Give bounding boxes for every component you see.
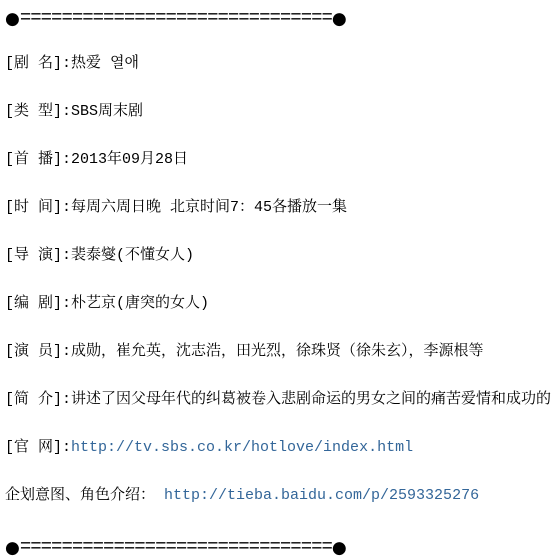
cast-line: [演 员]:成勋，崔允英，沈志浩，田光烈，徐珠贤（徐朱玄），李源根等 xyxy=(5,344,551,359)
top-divider: ●==============================● xyxy=(5,8,551,28)
divider-line: ============================== xyxy=(20,536,332,556)
bullet-icon: ● xyxy=(332,538,347,556)
intro-link-line: 企划意图、角色介绍： http://tieba.baidu.com/p/2593… xyxy=(5,488,551,503)
divider-line: ============================== xyxy=(20,7,332,29)
director-line: [导 演]:裴泰燮(不懂女人) xyxy=(5,248,551,263)
bottom-divider: ●==============================● xyxy=(5,537,551,556)
writer-line: [编 剧]:朴艺京(唐突的女人) xyxy=(5,296,551,311)
intro-baidu-link[interactable]: http://tieba.baidu.com/p/2593325276 xyxy=(164,487,479,504)
bullet-icon: ● xyxy=(5,538,20,556)
official-site-line: [官 网]:http://tv.sbs.co.kr/hotlove/index.… xyxy=(5,440,551,455)
premiere-date-line: [首 播]:2013年09月28日 xyxy=(5,152,551,167)
bullet-icon: ● xyxy=(332,9,347,29)
intro-link-label: 企划意图、角色介绍： xyxy=(5,487,164,504)
drama-info-document: ●==============================● [剧 名]:热… xyxy=(0,0,551,556)
bullet-icon: ● xyxy=(5,9,20,29)
broadcast-time-line: [时 间]:每周六周日晚 北京时间7：45各播放一集 xyxy=(5,200,551,215)
synopsis-line: [简 介]:讲述了因父母年代的纠葛被卷入悲剧命运的男女之间的痛苦爱情和成功的故事… xyxy=(5,392,551,407)
genre-line: [类 型]:SBS周末剧 xyxy=(5,104,551,119)
official-site-link[interactable]: http://tv.sbs.co.kr/hotlove/index.html xyxy=(71,439,413,456)
official-site-label: [官 网]: xyxy=(5,439,71,456)
drama-title-line: [剧 名]:热爱 열애 xyxy=(5,56,551,71)
